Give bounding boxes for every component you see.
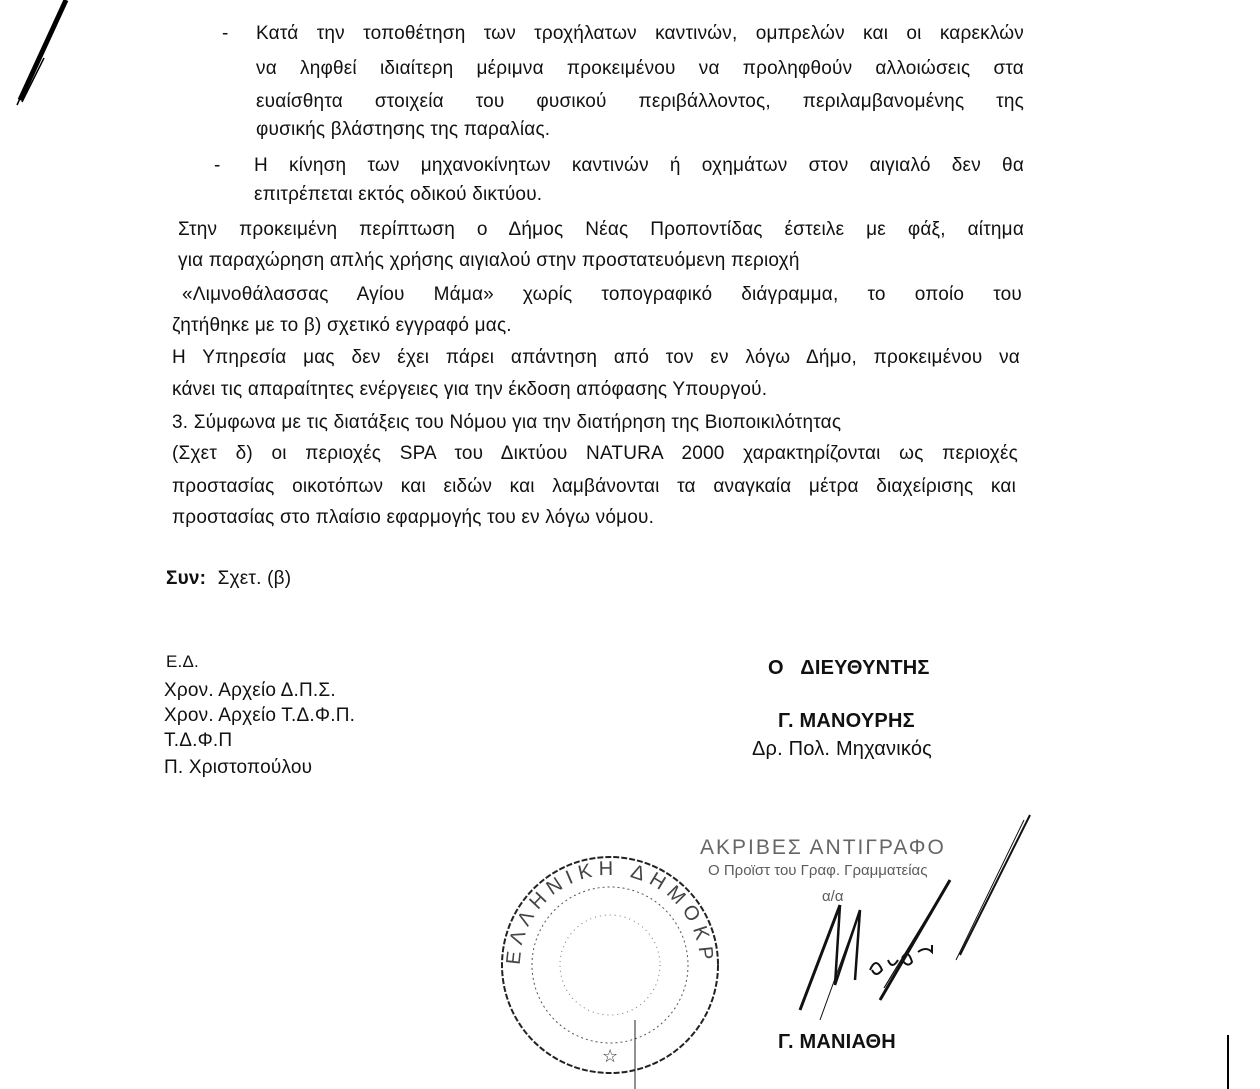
seal-text: ΕΛΛΗΝΙΚΗ ΔΗΜΟΚΡΑΤΙΑ <box>480 823 717 966</box>
paragraph-2-line-2: κάνει τις απαραίτητες ενέργειες για την … <box>172 378 767 402</box>
paragraph-1-line-3: «Λιμνοθάλασσας Αγίου Μάμα» χωρίς τοπογρα… <box>182 283 1022 307</box>
paragraph-3-line-2: (Σχετ δ) οι περιοχές SPA του Δικτύου NAT… <box>172 442 1018 466</box>
distribution-heading: Ε.Δ. <box>166 650 199 674</box>
bullet-2-line-1: Η κίνηση των μηχανοκίνητων καντινών ή οχ… <box>254 154 1024 178</box>
distribution-item: Τ.Δ.Φ.Π <box>164 729 232 753</box>
bullet-1-line-2: να ληφθεί ιδιαίτερη μέριμνα προκειμένου … <box>256 57 1024 81</box>
svg-text:ΕΛΛΗΝΙΚΗ ΔΗΜΟΚΡΑΤΙΑ: ΕΛΛΗΝΙΚΗ ΔΗΜΟΚΡΑΤΙΑ <box>480 823 717 966</box>
signatory-name: Γ. ΜΑΝΟΥΡΗΣ <box>778 709 915 733</box>
bullet-marker: - <box>214 154 220 178</box>
attachment: Συν: Σχετ. (β) <box>166 567 291 591</box>
paragraph-3-line-1: 3. Σύμφωνα με τις διατάξεις του Νόμου γι… <box>172 411 841 435</box>
bullet-1-line-3: ευαίσθητα στοιχεία του φυσικού περιβάλλο… <box>256 90 1024 114</box>
signatory-role: Ο ΔΙΕΥΘΥΝΤΗΣ <box>768 656 930 680</box>
bullet-1-line-4: φυσικής βλάστησης της παραλίας. <box>256 118 550 142</box>
paragraph-3-line-4: προστασίας στο πλαίσιο εφαρμογής του εν … <box>172 506 654 530</box>
paragraph-1-line-1: Στην προκειμένη περίπτωση ο Δήμος Νέας Π… <box>178 218 1024 242</box>
paragraph-2-line-1: Η Υπηρεσία μας δεν έχει πάρει απάντηση α… <box>172 346 1020 370</box>
distribution-item: Χρον. Αρχείο Δ.Π.Σ. <box>164 679 336 703</box>
margin-line-icon <box>1226 1035 1230 1089</box>
distribution-item: Χρον. Αρχείο Τ.Δ.Φ.Π. <box>164 704 355 728</box>
paragraph-1-line-4: ζητήθηκε με το β) σχετικό εγγραφό μας. <box>172 314 512 338</box>
attachment-value: Σχετ. (β) <box>218 568 292 589</box>
bullet-marker: - <box>222 22 228 46</box>
attachment-label: Συν: <box>166 568 206 589</box>
signature-icon <box>780 810 1040 1010</box>
svg-text:☆: ☆ <box>602 1046 618 1067</box>
official-seal-icon: ΕΛΛΗΝΙΚΗ ΔΗΜΟΚΡΑΤΙΑ ☆ <box>490 840 730 1080</box>
pen-mark-icon <box>0 0 90 110</box>
paragraph-1-line-2: για παραχώρηση απλής χρήσης αιγιαλού στη… <box>178 249 800 273</box>
distribution-item: Π. Χριστοπούλου <box>164 756 312 780</box>
paragraph-3-line-3: προστασίας οικοτόπων και ειδών και λαμβά… <box>172 475 1016 499</box>
certifier-name: Γ. ΜΑΝΙΑΘΗ <box>778 1030 896 1054</box>
bullet-1-line-1: Κατά την τοποθέτηση των τροχήλατων καντι… <box>256 22 1024 46</box>
bullet-2-line-2: επιτρέπεται εκτός οδικού δικτύου. <box>254 183 542 207</box>
signatory-title: Δρ. Πολ. Μηχανικός <box>752 737 932 761</box>
